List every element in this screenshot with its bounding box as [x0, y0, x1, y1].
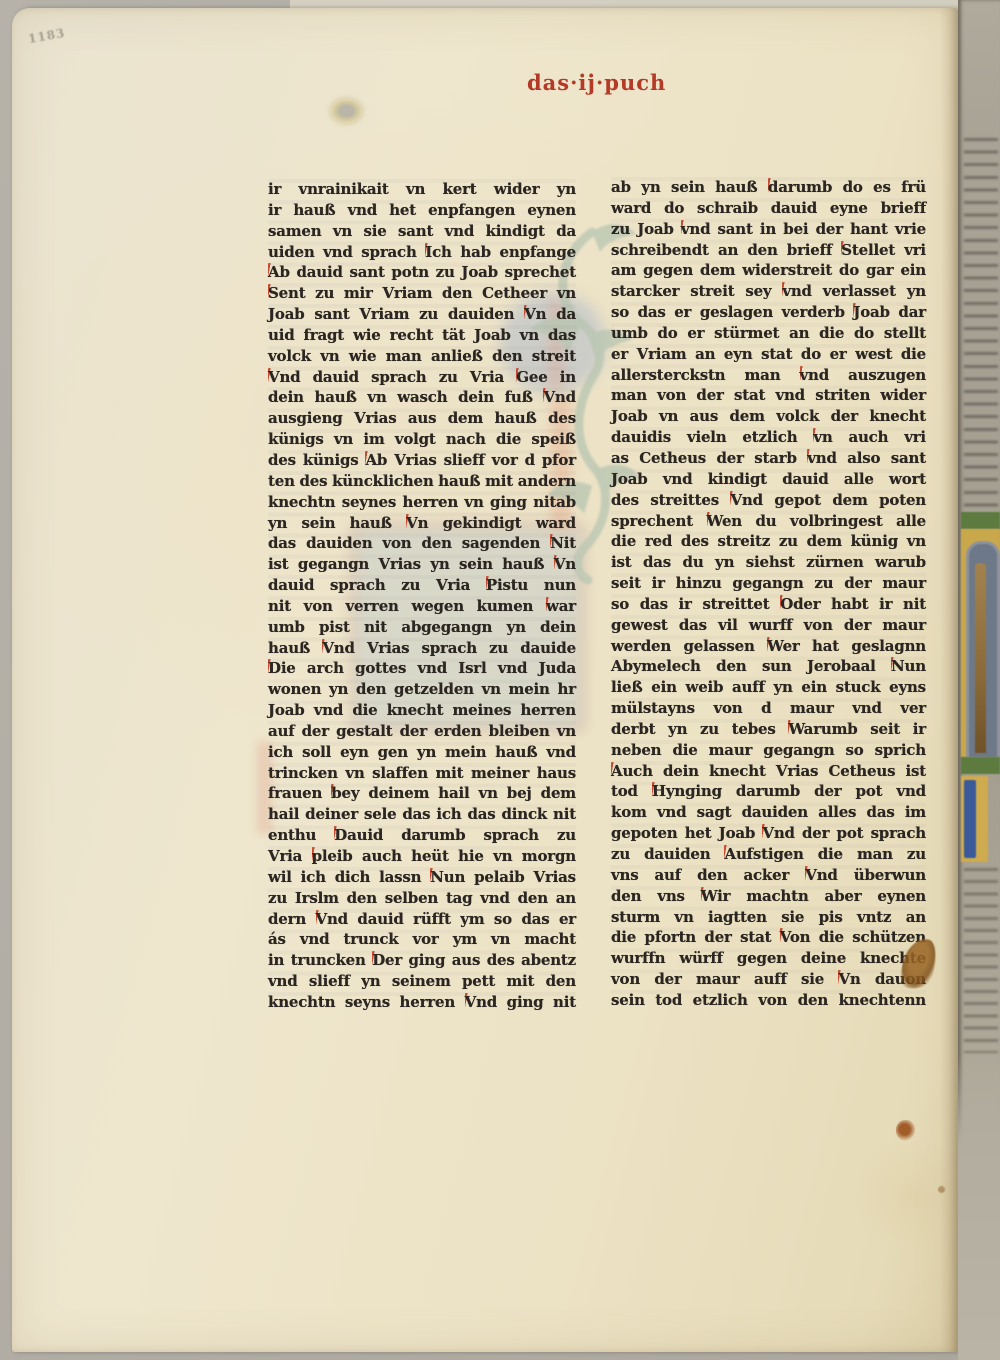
manuscript-word: Vrias	[354, 408, 396, 429]
manuscript-word: gewest	[611, 615, 668, 636]
manuscript-word: von	[382, 533, 411, 554]
manuscript-word: Vriam	[359, 304, 409, 325]
manuscript-word: man	[857, 844, 893, 865]
rubricated-letter: v	[807, 449, 816, 467]
manuscript-word: den	[492, 346, 522, 367]
manuscript-page: 1183 das·ij·puch irvnrainikaitvnkertwide…	[12, 8, 958, 1352]
manuscript-word: es	[873, 177, 891, 198]
illuminated-initial-edge	[961, 776, 988, 862]
manuscript-word: haus	[537, 763, 576, 784]
manuscript-word: an	[695, 344, 715, 365]
manuscript-word: starcker	[611, 281, 679, 302]
manuscript-word: ir	[913, 719, 926, 740]
manuscript-word: da	[556, 304, 576, 325]
manuscript-word: an	[789, 323, 809, 344]
manuscript-word: sprach	[330, 575, 385, 596]
manuscript-word: den	[747, 240, 777, 261]
manuscript-word: macht	[524, 929, 576, 950]
next-folio-text-lines-lower	[964, 868, 998, 1053]
manuscript-word: seyns	[345, 992, 390, 1013]
manuscript-word: wurffn	[611, 948, 665, 969]
manuscript-word: gelassen	[684, 636, 755, 657]
manuscript-line: intrunckenDergingausdesabentz	[268, 950, 576, 971]
manuscript-word: streittet	[702, 594, 769, 615]
manuscript-word: Joab	[268, 700, 305, 721]
manuscript-word: ward	[611, 198, 651, 219]
manuscript-word: hail	[438, 783, 469, 804]
manuscript-word: machtn	[746, 886, 808, 907]
manuscript-word: da	[556, 221, 576, 242]
manuscript-word: yn	[773, 677, 792, 698]
manuscript-word: des	[487, 950, 515, 971]
manuscript-word: streittes	[650, 490, 719, 511]
manuscript-line: istdasduynsiehstzürnenwarub	[611, 552, 926, 573]
manuscript-word: den	[546, 971, 576, 992]
manuscript-word: gestalt	[336, 721, 392, 742]
rubricated-letter: N	[550, 534, 564, 552]
manuscript-word: sant	[891, 448, 926, 469]
manuscript-word: vil	[718, 615, 738, 636]
manuscript-word: volbringest	[790, 511, 883, 532]
manuscript-line: todHyngingdarumbderpotvnd	[611, 781, 926, 802]
rubricated-letter: v	[813, 428, 822, 446]
manuscript-word: ich	[301, 867, 326, 888]
manuscript-word: herren	[403, 492, 459, 513]
manuscript-word: vnd	[348, 200, 378, 221]
manuscript-word: ward	[536, 513, 576, 534]
manuscript-word: zu	[489, 638, 508, 659]
manuscript-word: yn	[668, 719, 687, 740]
manuscript-word: maur	[709, 740, 753, 761]
manuscript-line: ausgiengVriasausdemhaußdes	[268, 408, 576, 429]
rubricated-letter: V	[554, 555, 565, 573]
manuscript-word: der	[816, 219, 843, 240]
manuscript-word: iagtten	[708, 907, 767, 928]
manuscript-word: sprechet	[505, 262, 576, 283]
manuscript-word: do	[657, 323, 677, 344]
rubricated-letter: w	[546, 597, 559, 615]
manuscript-line: warddoschraibdauideynebrieff	[611, 198, 926, 219]
manuscript-word: uid	[268, 325, 295, 346]
manuscript-word: wasch	[397, 387, 447, 408]
manuscript-word: vnd	[663, 469, 693, 490]
manuscript-word: Vria	[268, 846, 302, 867]
manuscript-word: ás	[268, 929, 286, 950]
manuscript-word: het	[389, 200, 416, 221]
manuscript-word: nit	[553, 992, 576, 1013]
manuscript-word: vnd	[807, 448, 837, 469]
manuscript-word: vn	[557, 721, 576, 742]
manuscript-word: dauidis	[611, 427, 671, 448]
manuscript-word: sprach	[361, 242, 416, 263]
manuscript-word: Nun	[430, 867, 465, 888]
manuscript-word: so	[845, 740, 863, 761]
manuscript-word: poten	[879, 490, 926, 511]
manuscript-word: vnd	[782, 281, 812, 302]
manuscript-word: gegangn	[732, 573, 803, 594]
manuscript-word: deinem	[368, 783, 429, 804]
manuscript-word: bej	[507, 783, 532, 804]
manuscript-word: bey	[331, 783, 359, 804]
manuscript-word: geslagnn	[851, 636, 926, 657]
manuscript-word: eyns	[889, 677, 926, 698]
rubricated-letter: V	[780, 928, 790, 946]
manuscript-word: Auch	[611, 761, 653, 782]
manuscript-word: der	[400, 721, 427, 742]
manuscript-word: hauß	[293, 200, 335, 221]
manuscript-word: vnd	[417, 658, 447, 679]
manuscript-word: do	[801, 344, 821, 365]
manuscript-word: dem	[832, 490, 867, 511]
manuscript-word: gen	[378, 742, 408, 763]
manuscript-word: recht	[390, 325, 433, 346]
manuscript-word: des	[268, 450, 296, 471]
manuscript-word: Isrl	[458, 658, 486, 679]
manuscript-word: Von	[780, 927, 811, 948]
manuscript-word: den	[798, 990, 828, 1011]
manuscript-word: speiß	[531, 429, 576, 450]
manuscript-word: Joab	[611, 469, 648, 490]
manuscript-word: vnd	[800, 365, 830, 386]
manuscript-word: do	[843, 177, 863, 198]
manuscript-word: dauid	[296, 262, 342, 283]
manuscript-word: vn	[367, 387, 386, 408]
manuscript-word: yn	[507, 617, 526, 638]
manuscript-word: stat	[761, 344, 792, 365]
manuscript-word: Der	[372, 950, 402, 971]
manuscript-word: auff	[754, 969, 787, 990]
manuscript-word: acker	[743, 865, 789, 886]
manuscript-word: maur	[882, 573, 926, 594]
manuscript-word: dauiden	[644, 844, 710, 865]
manuscript-word: sagenden	[462, 533, 540, 554]
manuscript-word: nit	[268, 596, 291, 617]
manuscript-word: pfor	[542, 450, 576, 471]
manuscript-word: im	[363, 429, 384, 450]
manuscript-word: alle	[896, 511, 926, 532]
manuscript-word: dein	[268, 387, 304, 408]
manuscript-word: gekindigt	[443, 513, 522, 534]
manuscript-word: nitab	[533, 492, 576, 513]
manuscript-word: Dauid	[334, 825, 383, 846]
manuscript-line: DiearchgottesvndIsrlvndJuda	[268, 658, 576, 679]
manuscript-word: die	[352, 700, 377, 721]
manuscript-word: verderb	[782, 302, 845, 323]
manuscript-word: zu	[814, 573, 833, 594]
manuscript-word: der	[802, 823, 829, 844]
manuscript-line: starckerstreitseyvndverlassetyn	[611, 281, 926, 302]
manuscript-word: den	[611, 886, 641, 907]
manuscript-word: auf	[655, 865, 681, 886]
text-column-right: abynseinhaußdarumbdoesfrüwarddoschraibda…	[611, 177, 926, 1011]
manuscript-word: dauid	[771, 198, 817, 219]
next-folio-text-lines-upper	[964, 138, 998, 510]
manuscript-word: striten	[815, 385, 870, 406]
manuscript-word: arch	[307, 658, 344, 679]
manuscript-word: den	[442, 283, 472, 304]
manuscript-word: sprich	[875, 740, 926, 761]
manuscript-word: zu	[557, 825, 576, 846]
manuscript-word: künigs	[303, 450, 359, 471]
manuscript-word: seit	[611, 573, 641, 594]
manuscript-word: würff	[679, 948, 723, 969]
manuscript-word: sant	[718, 219, 753, 240]
manuscript-line: abynseinhaußdarumbdoesfrü	[611, 177, 926, 198]
manuscript-word: siehst	[746, 552, 795, 573]
rubricated-letter: V	[543, 388, 554, 406]
manuscript-word: dem	[541, 783, 576, 804]
manuscript-word: darumb	[768, 177, 832, 198]
rubricated-letter: d	[768, 178, 778, 196]
manuscript-word: bei	[783, 219, 808, 240]
manuscript-word: trunck	[344, 929, 399, 950]
manuscript-word: vn	[674, 907, 693, 928]
manuscript-word: wonen	[268, 679, 321, 700]
manuscript-word: Nun	[891, 656, 926, 677]
manuscript-word: enthu	[268, 825, 316, 846]
manuscript-word: herren	[400, 992, 456, 1013]
manuscript-word: Warumb	[788, 719, 857, 740]
manuscript-word: Vrias	[776, 761, 818, 782]
manuscript-word: wie	[349, 346, 377, 367]
manuscript-word: überwun	[854, 865, 926, 886]
manuscript-word: do	[664, 198, 684, 219]
manuscript-word: ich	[436, 804, 461, 825]
manuscript-word: ist	[906, 761, 926, 782]
manuscript-word: ir	[679, 594, 692, 615]
manuscript-word: ließ	[611, 677, 643, 698]
manuscript-word: nach	[446, 429, 486, 450]
manuscript-word: Abymelech	[611, 656, 701, 677]
manuscript-word: er	[559, 909, 576, 930]
manuscript-word: auf	[268, 721, 294, 742]
manuscript-word: der	[302, 721, 329, 742]
manuscript-line: haildeinerseledasichdasdincknit	[268, 804, 576, 825]
manuscript-word: Vrias	[394, 450, 436, 471]
manuscript-word: auff	[732, 677, 765, 698]
manuscript-line: trinckenvnslaffenmitmeinerhaus	[268, 763, 576, 784]
manuscript-word: andern	[518, 471, 576, 492]
manuscript-word: Vnd	[762, 823, 794, 844]
manuscript-word: künigs	[268, 429, 324, 450]
manuscript-word: du	[683, 552, 704, 573]
manuscript-line: irhaußvndhetenpfangeneynen	[268, 200, 576, 221]
manuscript-word: widerstreit	[742, 260, 832, 281]
manuscript-word: dein	[458, 387, 494, 408]
manuscript-word: Joab	[461, 262, 498, 283]
miniature-edge	[961, 529, 1000, 757]
manuscript-word: vn	[333, 221, 352, 242]
manuscript-word: auch	[848, 427, 888, 448]
manuscript-word: das	[548, 325, 576, 346]
manuscript-word: mit	[485, 471, 513, 492]
rubricated-letter: V	[465, 993, 476, 1011]
manuscript-word: vor	[413, 929, 439, 950]
manuscript-line: wilichdichlassnNunpelaibVrias	[268, 867, 576, 888]
manuscript-line: umbdoerstürmetandiedostellt	[611, 323, 926, 344]
manuscript-word: sie	[801, 969, 824, 990]
manuscript-word: Vriam	[637, 344, 687, 365]
manuscript-word: hr	[558, 679, 576, 700]
manuscript-word: von	[657, 385, 686, 406]
manuscript-word: mit	[436, 763, 464, 784]
manuscript-word: vnd	[314, 700, 344, 721]
manuscript-word: den	[356, 679, 386, 700]
manuscript-word: abgegangn	[401, 617, 492, 638]
manuscript-word: das	[679, 615, 707, 636]
manuscript-word: die	[611, 531, 636, 552]
manuscript-line: dauidisvielnetzlichvnauchvri	[611, 427, 926, 448]
manuscript-word: am	[611, 260, 636, 281]
manuscript-word: streitz	[718, 531, 771, 552]
manuscript-word: ten	[268, 471, 295, 492]
manuscript-line: gewestdasvilwurffvondermaur	[611, 615, 926, 636]
manuscript-word: vnd	[323, 242, 353, 263]
manuscript-word: so	[494, 909, 512, 930]
miniature-figure	[975, 563, 986, 753]
manuscript-word: zu	[419, 304, 438, 325]
manuscript-line: sodasergeslagenverderbJoabdar	[611, 302, 926, 323]
manuscript-word: yn	[557, 179, 576, 200]
manuscript-word: dein	[540, 617, 576, 638]
manuscript-word: vn	[406, 179, 425, 200]
manuscript-word: ausgieng	[268, 408, 343, 429]
manuscript-word: den	[518, 888, 548, 909]
manuscript-word: des	[548, 408, 576, 429]
manuscript-word: stat	[734, 385, 765, 406]
manuscript-word: wider	[494, 179, 540, 200]
manuscript-line: seitirhinzugegangnzudermaur	[611, 573, 926, 594]
manuscript-word: weib	[685, 677, 723, 698]
manuscript-word: trincken	[268, 763, 338, 784]
manuscript-word: sturm	[611, 907, 660, 928]
manuscript-word: enpfangen	[428, 200, 515, 221]
manuscript-word: von	[804, 615, 833, 636]
manuscript-line: vnsaufdenackerVndüberwun	[611, 865, 926, 886]
manuscript-word: dern	[268, 909, 306, 930]
manuscript-line: volckvnwiemananließdenstreit	[268, 346, 576, 367]
manuscript-word: er	[687, 323, 704, 344]
manuscript-word: auszugen	[848, 365, 926, 386]
manuscript-word: sant	[398, 221, 433, 242]
rubricated-letter: W	[701, 887, 717, 905]
manuscript-line: irvnrainikaitvnkertwideryn	[268, 179, 576, 200]
manuscript-word: pleib	[312, 846, 353, 867]
text-column-left: irvnrainikaitvnkertwiderynirhaußvndheten…	[268, 179, 576, 1013]
manuscript-word: darumb	[736, 781, 800, 802]
manuscript-line: ynseinhaußVngekindigtward	[268, 513, 576, 534]
manuscript-word: stellt	[884, 323, 926, 344]
manuscript-word: so	[611, 594, 629, 615]
manuscript-word: kert	[443, 179, 477, 200]
manuscript-word: do	[839, 260, 859, 281]
manuscript-word: west	[855, 344, 892, 365]
manuscript-word: sprach	[483, 825, 538, 846]
manuscript-word: Wir	[701, 886, 731, 907]
rubricated-letter: V	[838, 970, 849, 988]
manuscript-line: seintodetzlichvondenknechtenn	[611, 990, 926, 1011]
manuscript-word: vnd	[852, 698, 882, 719]
manuscript-word: allersterckstn	[611, 365, 725, 386]
rubricated-letter: S	[841, 241, 852, 259]
manuscript-line: istgegangnVriasynseinhaußVn	[268, 554, 576, 575]
manuscript-word: maur	[882, 615, 926, 636]
manuscript-word: vnd	[546, 742, 576, 763]
manuscript-word: zu	[315, 283, 334, 304]
manuscript-word: samen	[268, 221, 322, 242]
blue-initial-bar	[964, 780, 976, 858]
manuscript-word: hauß	[495, 742, 537, 763]
manuscript-word: Vn	[838, 969, 860, 990]
manuscript-word: zürnen	[806, 552, 863, 573]
manuscript-line: derbtynzutebesWarumbseitir	[611, 719, 926, 740]
manuscript-word: dar	[898, 302, 926, 323]
manuscript-word: knechtn	[268, 492, 335, 513]
manuscript-word: gepoten	[611, 823, 678, 844]
rust-stain	[896, 1120, 915, 1141]
manuscript-word: hab	[460, 242, 491, 263]
manuscript-word: dauid	[782, 469, 828, 490]
manuscript-word: der	[831, 406, 858, 427]
manuscript-word: Joab	[611, 406, 648, 427]
manuscript-word: in	[268, 950, 284, 971]
manuscript-word: pelaib	[474, 867, 524, 888]
manuscript-word: in	[560, 367, 576, 388]
manuscript-word: gegen	[643, 260, 693, 281]
manuscript-word: Joab	[853, 302, 890, 323]
manuscript-word: streit	[532, 346, 576, 367]
manuscript-word: Vn	[406, 513, 428, 534]
manuscript-word: ver	[900, 698, 926, 719]
manuscript-word: etzlich	[742, 427, 797, 448]
manuscript-line: frauenbeydeinemhailvnbejdem	[268, 783, 576, 804]
manuscript-word: hinzu	[676, 573, 722, 594]
manuscript-word: wie	[353, 325, 381, 346]
manuscript-word: Aufstigen	[724, 844, 803, 865]
manuscript-word: schraib	[697, 198, 758, 219]
manuscript-line: SentzumirVriamdenCetheervn	[268, 283, 576, 304]
manuscript-line: künigsvnimvolgtnachdiespeiß	[268, 429, 576, 450]
manuscript-word: im	[905, 802, 926, 823]
manuscript-word: seinem	[392, 971, 451, 992]
manuscript-word: kindigt	[486, 221, 545, 242]
manuscript-word: man	[611, 385, 647, 406]
manuscript-word: rüfft	[413, 909, 451, 930]
rubricated-letter: V	[268, 368, 279, 386]
manuscript-word: das	[643, 552, 671, 573]
manuscript-word: sagt	[697, 802, 732, 823]
manuscript-line: komvndsagtdauidenallesdasim	[611, 802, 926, 823]
manuscript-word: den	[347, 888, 377, 909]
manuscript-word: das	[638, 302, 666, 323]
manuscript-line: deskünigsAbVriasslieffvordpfor	[268, 450, 576, 471]
manuscript-word: mit	[506, 971, 534, 992]
manuscript-line: dauidsprachzuVriaPistunun	[268, 575, 576, 596]
manuscript-word: vnd	[445, 221, 475, 242]
manuscript-word: frauen	[268, 783, 322, 804]
manuscript-word: knechtn	[268, 992, 335, 1013]
chapter-heading: das·ij·puch	[527, 70, 667, 95]
manuscript-word: vnd	[775, 385, 805, 406]
rubricated-letter: A	[268, 263, 279, 281]
rubricated-letter: I	[425, 243, 432, 261]
manuscript-word: nit	[364, 617, 387, 638]
manuscript-word: vns	[657, 886, 684, 907]
manuscript-word: ein	[801, 677, 827, 698]
manuscript-word: slieff	[309, 971, 350, 992]
manuscript-word: as	[611, 448, 629, 469]
manuscript-word: mein	[445, 742, 486, 763]
